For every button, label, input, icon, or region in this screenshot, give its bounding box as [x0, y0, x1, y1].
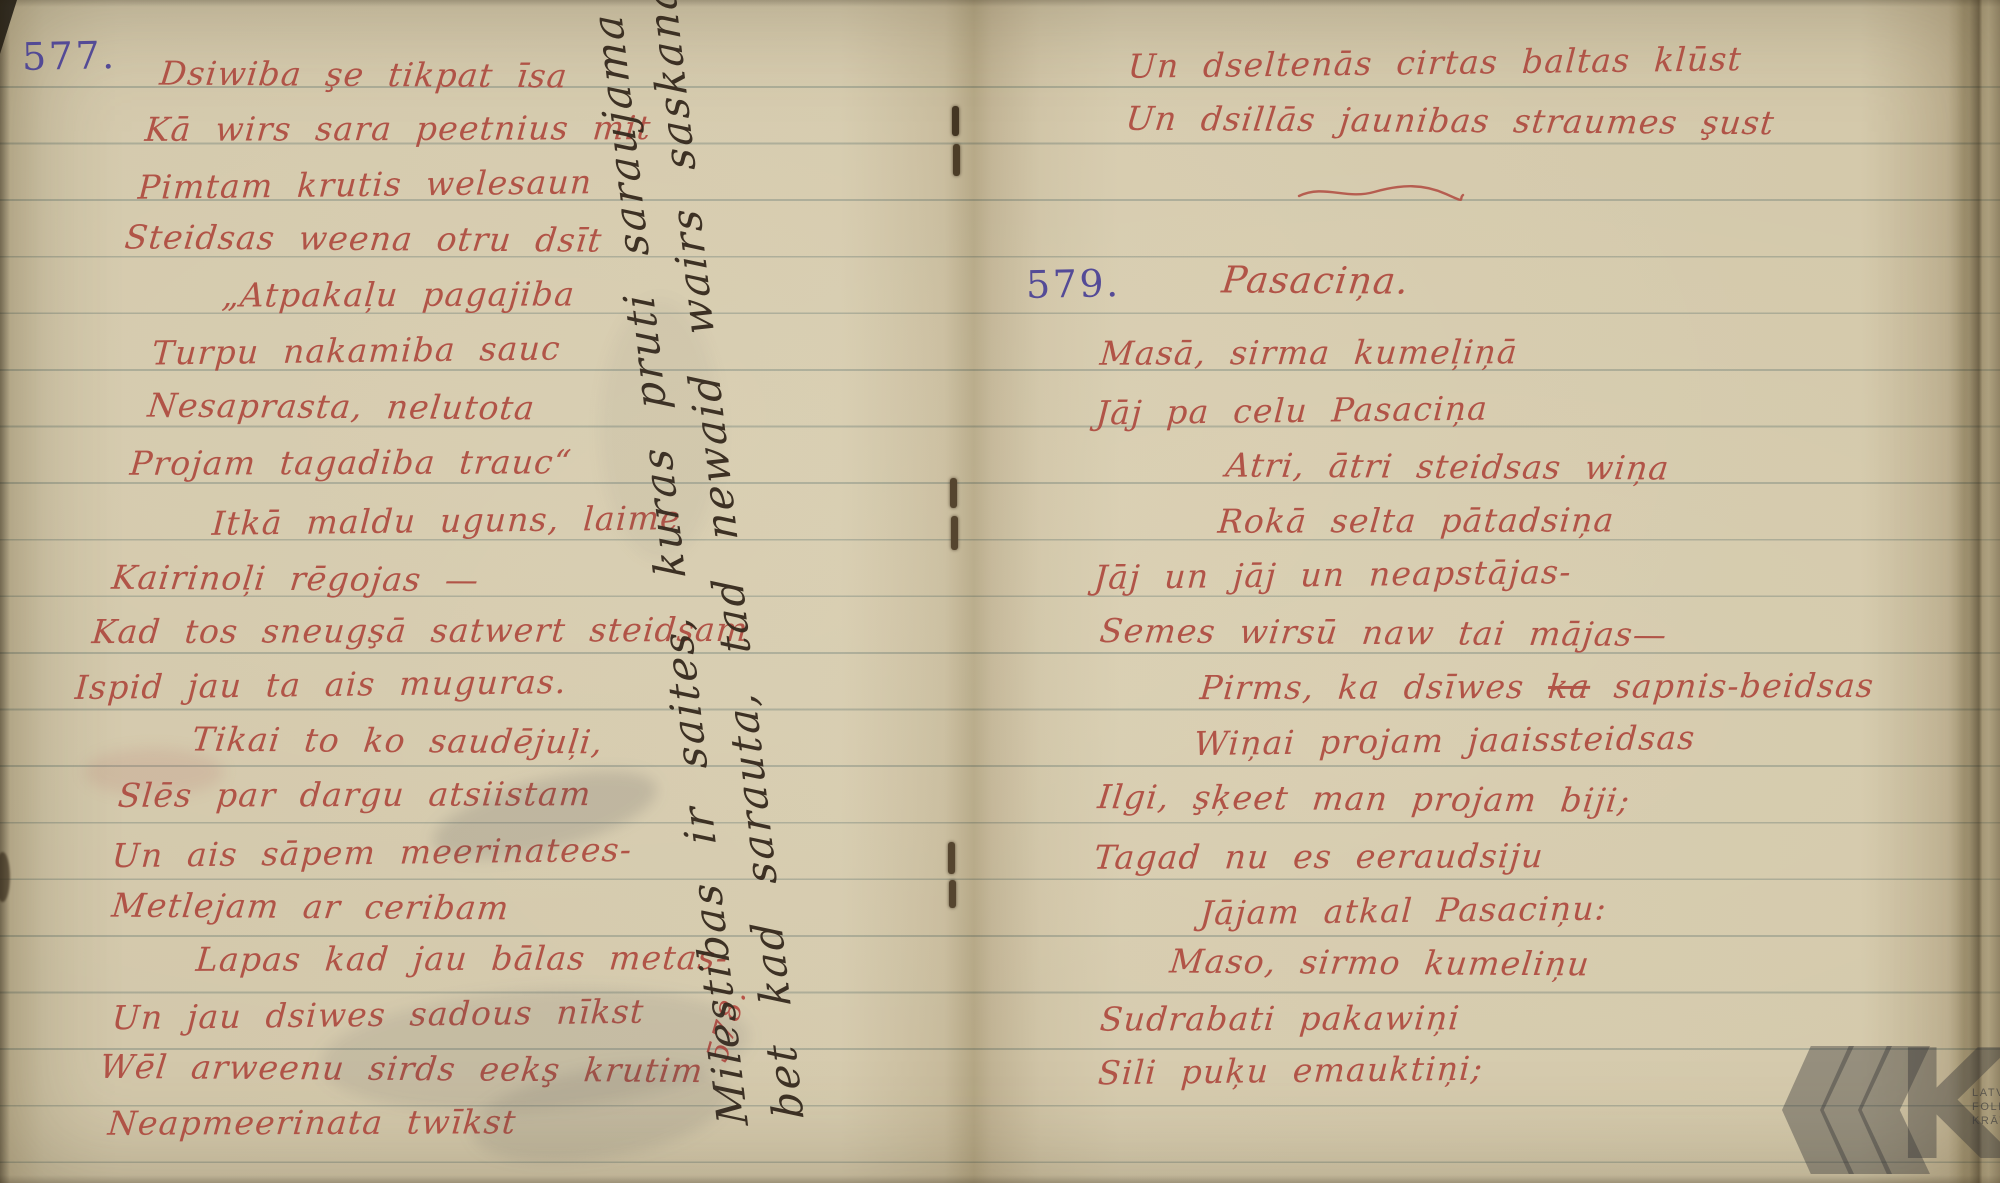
manuscript-line: Kairinoļi rēgojas — [109, 555, 482, 604]
manuscript-line: Lapas kad jau bālas metas- [194, 935, 730, 983]
binding-stitch [948, 842, 955, 874]
entry-number-577: 577. [22, 33, 117, 79]
line-segment: Pirms, ka dsīwes [1198, 667, 1549, 707]
ink-smear [84, 748, 224, 796]
page-left-edge [0, 0, 10, 1183]
manuscript-scan: 577. Dsiwiba şe tikpat īsa Kā wirs sara … [0, 0, 2000, 1183]
manuscript-line: Ispid jau ta ais muguras. [74, 659, 568, 711]
manuscript-line: Masā, sirma kumeļiņā [1098, 329, 1520, 376]
manuscript-line: Steidsas weena otru dsīt [122, 214, 604, 263]
watermark-text-line: KRĀTUVE [1972, 1114, 2000, 1128]
manuscript-line: Wiņai projam jaaissteidsas [1193, 715, 1697, 767]
manuscript-line: Maso, sirmo kumeliņu [1167, 939, 1592, 988]
manuscript-line: Sudrabati pakawiņi [1098, 995, 1462, 1042]
divider-squiggle [1296, 182, 1466, 204]
manuscript-line: Jājam atkal Pasaciņu: [1199, 885, 1609, 936]
binding-stitch [952, 106, 959, 136]
manuscript-line: Tikai to ko saudējuļi, [189, 717, 605, 766]
binding-stitch [950, 478, 957, 508]
ink-bleed-smudge [600, 300, 720, 560]
entry-number-579: 579. [1026, 261, 1121, 307]
manuscript-line: Dsiwiba şe tikpat īsa [157, 51, 570, 100]
manuscript-line: Sili puķu emauktiņi; [1097, 1046, 1485, 1097]
manuscript-line: Un dsillās jaunibas straumes şust [1123, 96, 1777, 146]
manuscript-line: „Atpakaļu pagajiba [220, 271, 577, 318]
page-bottom-edge [0, 1175, 2000, 1183]
binding-stitch [951, 516, 958, 550]
manuscript-line: Semes wirsū naw tai mājas— [1097, 608, 1669, 658]
binding-stitch [949, 880, 956, 908]
manuscript-line: Tagad nu es eeraudsiju [1092, 833, 1546, 881]
manuscript-line: Atri, ātri steidsas wiņa [1223, 442, 1672, 491]
manuscript-line: Jāj pa celu Pasaciņa [1095, 386, 1490, 437]
manuscript-line-with-strikethrough: Pirms, ka dsīwes ka sapnis-beidsas [1198, 663, 1876, 711]
struck-word: ka [1547, 667, 1592, 706]
manuscript-line: Rokā selta pātadsiņa [1216, 497, 1616, 544]
manuscript-line: Projam tagadiba trauc“ [128, 439, 574, 487]
manuscript-line: Turpu nakamiba sauc [151, 325, 562, 376]
manuscript-line: Pimtam krutis welesaun [137, 159, 594, 211]
watermark-text: LATVIEŠU FOLKLORAS KRĀTUVE [1972, 1086, 2000, 1128]
page-right-edge [1956, 0, 2000, 1183]
poem-title: Pasaciņa. [1219, 257, 1412, 304]
watermark-text-line: FOLKLORAS [1972, 1100, 2000, 1114]
manuscript-line: Jāj un jāj un neapstājas- [1093, 549, 1573, 601]
manuscript-line: Metlejam ar ceribam [109, 883, 512, 932]
manuscript-line: Kā wirs sara peetnius mit [143, 105, 653, 153]
manuscript-line: Ilgi, şķeet man projam biji; [1095, 774, 1632, 824]
manuscript-line: Un dseltenās cirtas baltas klūst [1127, 36, 1744, 90]
page-top-edge [0, 0, 2000, 7]
line-segment: sapnis-beidsas [1589, 666, 1876, 706]
archive-watermark: K LATVIEŠU FOLKLORAS KRĀTUVE [1782, 1042, 2000, 1183]
watermark-text-line: LATVIEŠU [1972, 1086, 2000, 1100]
manuscript-line: Nesaprasta, nelutota [145, 383, 537, 432]
binding-stitch [953, 144, 960, 176]
